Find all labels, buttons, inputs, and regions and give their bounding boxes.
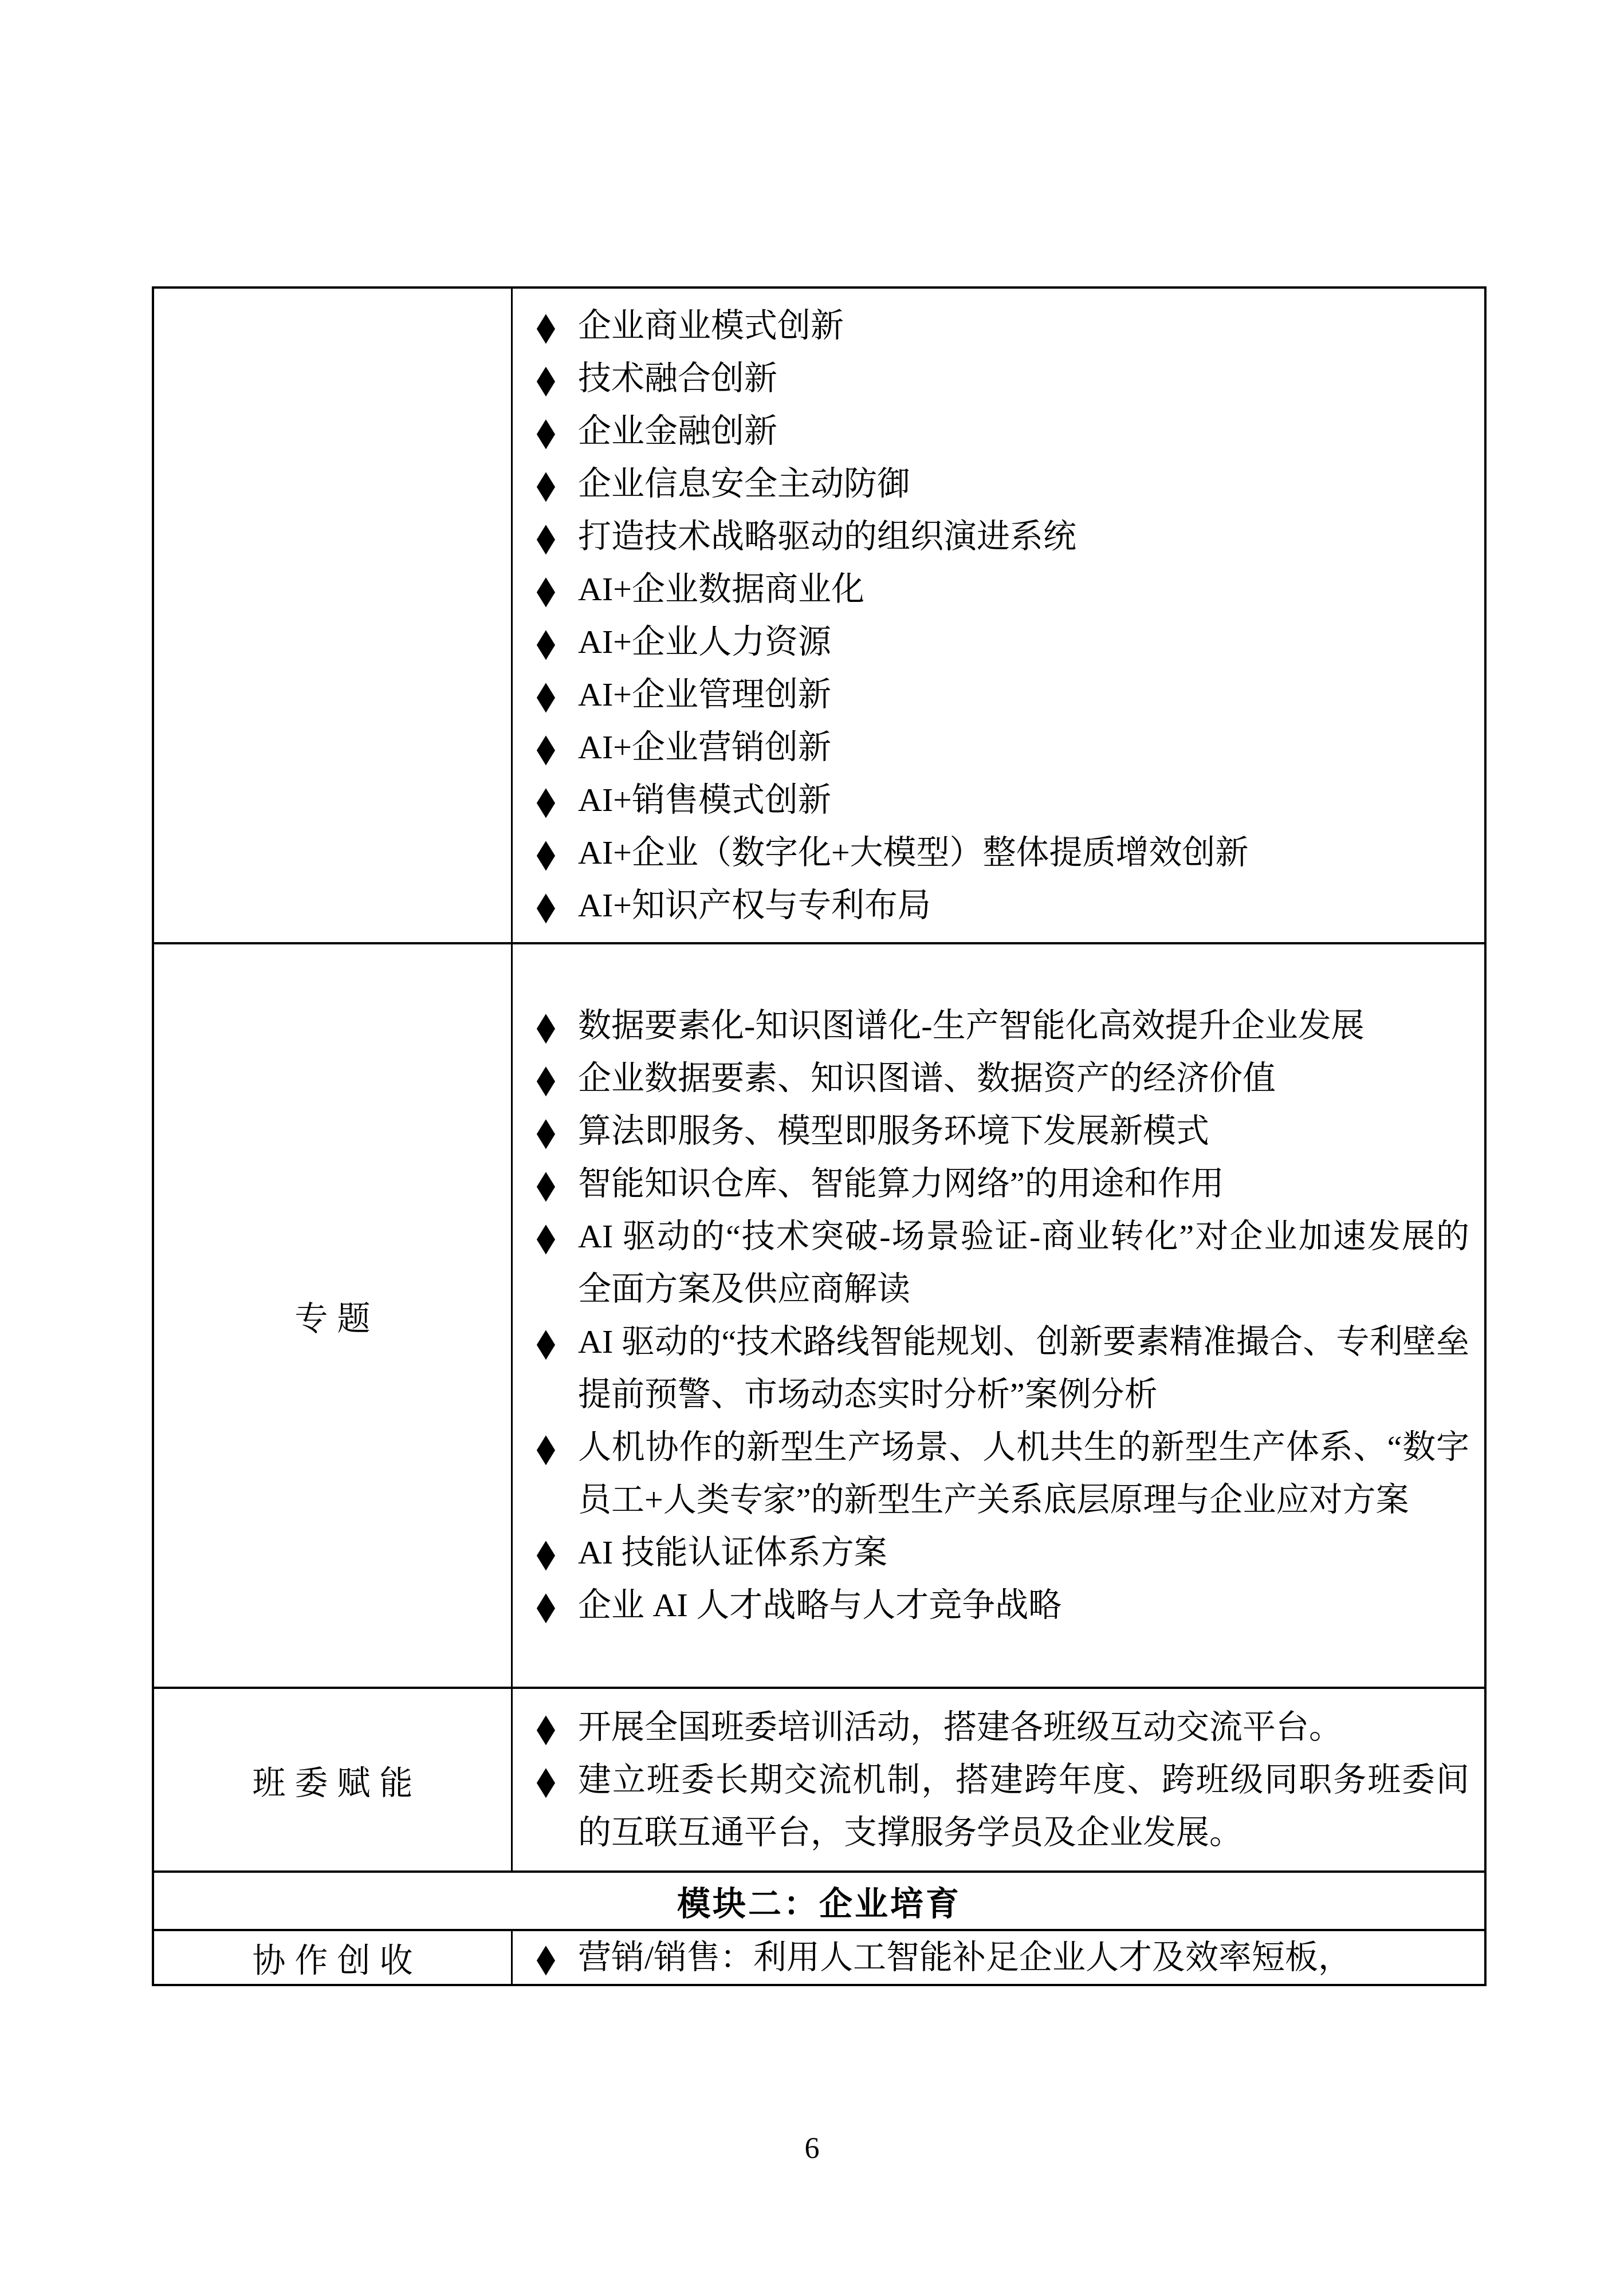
table-row: 专题 ◆数据要素化-知识图谱化-生产智能化高效提升企业发展 ◆企业数据要素、知识… bbox=[154, 942, 1484, 1687]
list-item: ◆AI+企业管理创新 bbox=[513, 668, 1469, 721]
diamond-bullet-icon: ◆ bbox=[534, 668, 557, 721]
bullet-text: AI+知识产权与专利布局 bbox=[578, 887, 931, 924]
list-item: ◆打造技术战略驱动的组织演进系统 bbox=[513, 510, 1469, 563]
row-label-cell: 班委赋能 bbox=[154, 1689, 513, 1870]
document-page: ◆企业商业模式创新 ◆技术融合创新 ◆企业金融创新 ◆企业信息安全主动防御 ◆打… bbox=[0, 0, 1624, 2296]
list-item: ◆AI 技能认证体系方案 bbox=[513, 1526, 1469, 1579]
list-item: ◆企业数据要素、知识图谱、数据资产的经济价值 bbox=[513, 1052, 1469, 1105]
bullet-text: 数据要素化-知识图谱化-生产智能化高效提升企业发展 bbox=[578, 1007, 1365, 1044]
diamond-bullet-icon: ◆ bbox=[534, 999, 557, 1052]
diamond-bullet-icon: ◆ bbox=[534, 616, 557, 668]
diamond-bullet-icon: ◆ bbox=[534, 721, 557, 774]
diamond-bullet-icon: ◆ bbox=[534, 510, 557, 563]
diamond-bullet-icon: ◆ bbox=[534, 879, 557, 932]
bullet-list: ◆企业商业模式创新 ◆技术融合创新 ◆企业金融创新 ◆企业信息安全主动防御 ◆打… bbox=[513, 300, 1469, 932]
bullet-text: AI 驱动的“技术突破-场景验证-商业转化”对企业加速发展的全面方案及供应商解读 bbox=[578, 1218, 1469, 1308]
diamond-bullet-icon: ◆ bbox=[534, 774, 557, 826]
bullet-text: 企业金融创新 bbox=[578, 412, 777, 450]
diamond-bullet-icon: ◆ bbox=[534, 1579, 557, 1632]
bullet-list: ◆开展全国班委培训活动，搭建各班级互动交流平台。 ◆建立班委长期交流机制，搭建跨… bbox=[513, 1701, 1469, 1859]
diamond-bullet-icon: ◆ bbox=[534, 563, 557, 616]
diamond-bullet-icon: ◆ bbox=[534, 1157, 557, 1210]
bullet-text: AI+企业数据商业化 bbox=[578, 570, 864, 608]
diamond-bullet-icon: ◆ bbox=[534, 1105, 557, 1157]
diamond-bullet-icon: ◆ bbox=[534, 1526, 557, 1579]
diamond-bullet-icon: ◆ bbox=[534, 826, 557, 879]
bullet-text: 开展全国班委培训活动，搭建各班级互动交流平台。 bbox=[578, 1708, 1342, 1746]
list-item: ◆AI+企业人力资源 bbox=[513, 616, 1469, 668]
list-item: ◆建立班委长期交流机制，搭建跨年度、跨班级同职务班委间的互联互通平台，支撑服务学… bbox=[513, 1754, 1469, 1859]
row-label: 协作创收 bbox=[252, 1933, 422, 1982]
bullet-list: ◆数据要素化-知识图谱化-生产智能化高效提升企业发展 ◆企业数据要素、知识图谱、… bbox=[513, 999, 1469, 1632]
list-item: ◆人机协作的新型生产场景、人机共生的新型生产体系、“数字员工+人类专家”的新型生… bbox=[513, 1421, 1469, 1526]
bullet-text: 企业信息安全主动防御 bbox=[578, 465, 910, 502]
bullet-text: AI+企业人力资源 bbox=[578, 623, 831, 660]
list-item: ◆AI+企业数据商业化 bbox=[513, 563, 1469, 616]
row-label: 专题 bbox=[294, 1291, 379, 1340]
bullet-text: 人机协作的新型生产场景、人机共生的新型生产体系、“数字员工+人类专家”的新型生产… bbox=[578, 1428, 1469, 1518]
bullet-text: 算法即服务、模型即服务环境下发展新模式 bbox=[578, 1112, 1209, 1149]
list-item: ◆企业金融创新 bbox=[513, 405, 1469, 458]
bullet-text: AI+企业管理创新 bbox=[578, 676, 831, 713]
row-label-cell: 协作创收 bbox=[154, 1931, 513, 1984]
list-item: ◆AI+企业营销创新 bbox=[513, 721, 1469, 774]
diamond-bullet-icon: ◆ bbox=[534, 1701, 557, 1754]
bullet-text: AI+销售模式创新 bbox=[578, 781, 831, 818]
bullet-list: ◆营销/销售：利用人工智能补足企业人才及效率短板， bbox=[513, 1931, 1469, 1984]
bullet-text: 智能知识仓库、智能算力网络”的用途和作用 bbox=[578, 1165, 1224, 1202]
page-number: 6 bbox=[0, 2132, 1624, 2165]
list-item: ◆AI+企业（数字化+大模型）整体提质增效创新 bbox=[513, 826, 1469, 879]
section-header-title: 模块二：企业培育 bbox=[677, 1877, 961, 1925]
bullet-text: 营销/销售：利用人工智能补足企业人才及效率短板， bbox=[578, 1939, 1351, 1976]
list-item: ◆企业 AI 人才战略与人才竞争战略 bbox=[513, 1579, 1469, 1632]
diamond-bullet-icon: ◆ bbox=[534, 1052, 557, 1105]
bullet-text: 技术融合创新 bbox=[578, 360, 777, 397]
list-item: ◆AI 驱动的“技术路线智能规划、创新要素精准撮合、专利壁垒提前预警、市场动态实… bbox=[513, 1316, 1469, 1421]
diamond-bullet-icon: ◆ bbox=[534, 405, 557, 458]
list-item: ◆数据要素化-知识图谱化-生产智能化高效提升企业发展 bbox=[513, 999, 1469, 1052]
section-header-row: 模块二：企业培育 bbox=[154, 1870, 1484, 1929]
list-item: ◆AI 驱动的“技术突破-场景验证-商业转化”对企业加速发展的全面方案及供应商解… bbox=[513, 1210, 1469, 1316]
diamond-bullet-icon: ◆ bbox=[534, 1931, 557, 1984]
list-item: ◆营销/销售：利用人工智能补足企业人才及效率短板， bbox=[513, 1931, 1469, 1984]
list-item: ◆算法即服务、模型即服务环境下发展新模式 bbox=[513, 1105, 1469, 1157]
bullet-text: 企业数据要素、知识图谱、数据资产的经济价值 bbox=[578, 1060, 1276, 1097]
bullet-text: 打造技术战略驱动的组织演进系统 bbox=[578, 518, 1076, 555]
row-content-cell: ◆数据要素化-知识图谱化-生产智能化高效提升企业发展 ◆企业数据要素、知识图谱、… bbox=[513, 944, 1484, 1687]
row-content-cell: ◆企业商业模式创新 ◆技术融合创新 ◆企业金融创新 ◆企业信息安全主动防御 ◆打… bbox=[513, 289, 1484, 942]
list-item: ◆企业商业模式创新 bbox=[513, 300, 1469, 352]
list-item: ◆AI+销售模式创新 bbox=[513, 774, 1469, 826]
bullet-text: AI+企业（数字化+大模型）整体提质增效创新 bbox=[578, 834, 1249, 871]
table-row: 班委赋能 ◆开展全国班委培训活动，搭建各班级互动交流平台。 ◆建立班委长期交流机… bbox=[154, 1687, 1484, 1870]
list-item: ◆企业信息安全主动防御 bbox=[513, 458, 1469, 510]
bullet-text: 企业 AI 人才战略与人才竞争战略 bbox=[578, 1586, 1061, 1624]
row-content-cell: ◆开展全国班委培训活动，搭建各班级互动交流平台。 ◆建立班委长期交流机制，搭建跨… bbox=[513, 1689, 1484, 1870]
diamond-bullet-icon: ◆ bbox=[534, 352, 557, 405]
row-label-cell: 专题 bbox=[154, 944, 513, 1687]
row-label: 班委赋能 bbox=[252, 1756, 422, 1804]
bullet-text: 建立班委长期交流机制，搭建跨年度、跨班级同职务班委间的互联互通平台，支撑服务学员… bbox=[578, 1761, 1469, 1851]
row-label-cell bbox=[154, 289, 513, 942]
diamond-bullet-icon: ◆ bbox=[534, 1754, 557, 1806]
section-header-cell: 模块二：企业培育 bbox=[154, 1873, 1484, 1929]
bullet-text: 企业商业模式创新 bbox=[578, 307, 844, 344]
bullet-text: AI 驱动的“技术路线智能规划、创新要素精准撮合、专利壁垒提前预警、市场动态实时… bbox=[578, 1323, 1469, 1413]
list-item: ◆AI+知识产权与专利布局 bbox=[513, 879, 1469, 932]
diamond-bullet-icon: ◆ bbox=[534, 300, 557, 352]
diamond-bullet-icon: ◆ bbox=[534, 1316, 557, 1368]
diamond-bullet-icon: ◆ bbox=[534, 458, 557, 510]
bullet-text: AI+企业营销创新 bbox=[578, 728, 831, 766]
list-item: ◆开展全国班委培训活动，搭建各班级互动交流平台。 bbox=[513, 1701, 1469, 1754]
course-module-table: ◆企业商业模式创新 ◆技术融合创新 ◆企业金融创新 ◆企业信息安全主动防御 ◆打… bbox=[152, 286, 1487, 1986]
bullet-text: AI 技能认证体系方案 bbox=[578, 1534, 887, 1571]
diamond-bullet-icon: ◆ bbox=[534, 1210, 557, 1263]
list-item: ◆智能知识仓库、智能算力网络”的用途和作用 bbox=[513, 1157, 1469, 1210]
row-content-cell: ◆营销/销售：利用人工智能补足企业人才及效率短板， bbox=[513, 1931, 1484, 1984]
table-row: 协作创收 ◆营销/销售：利用人工智能补足企业人才及效率短板， bbox=[154, 1929, 1484, 1984]
table-row: ◆企业商业模式创新 ◆技术融合创新 ◆企业金融创新 ◆企业信息安全主动防御 ◆打… bbox=[154, 289, 1484, 942]
diamond-bullet-icon: ◆ bbox=[534, 1421, 557, 1474]
list-item: ◆技术融合创新 bbox=[513, 352, 1469, 405]
